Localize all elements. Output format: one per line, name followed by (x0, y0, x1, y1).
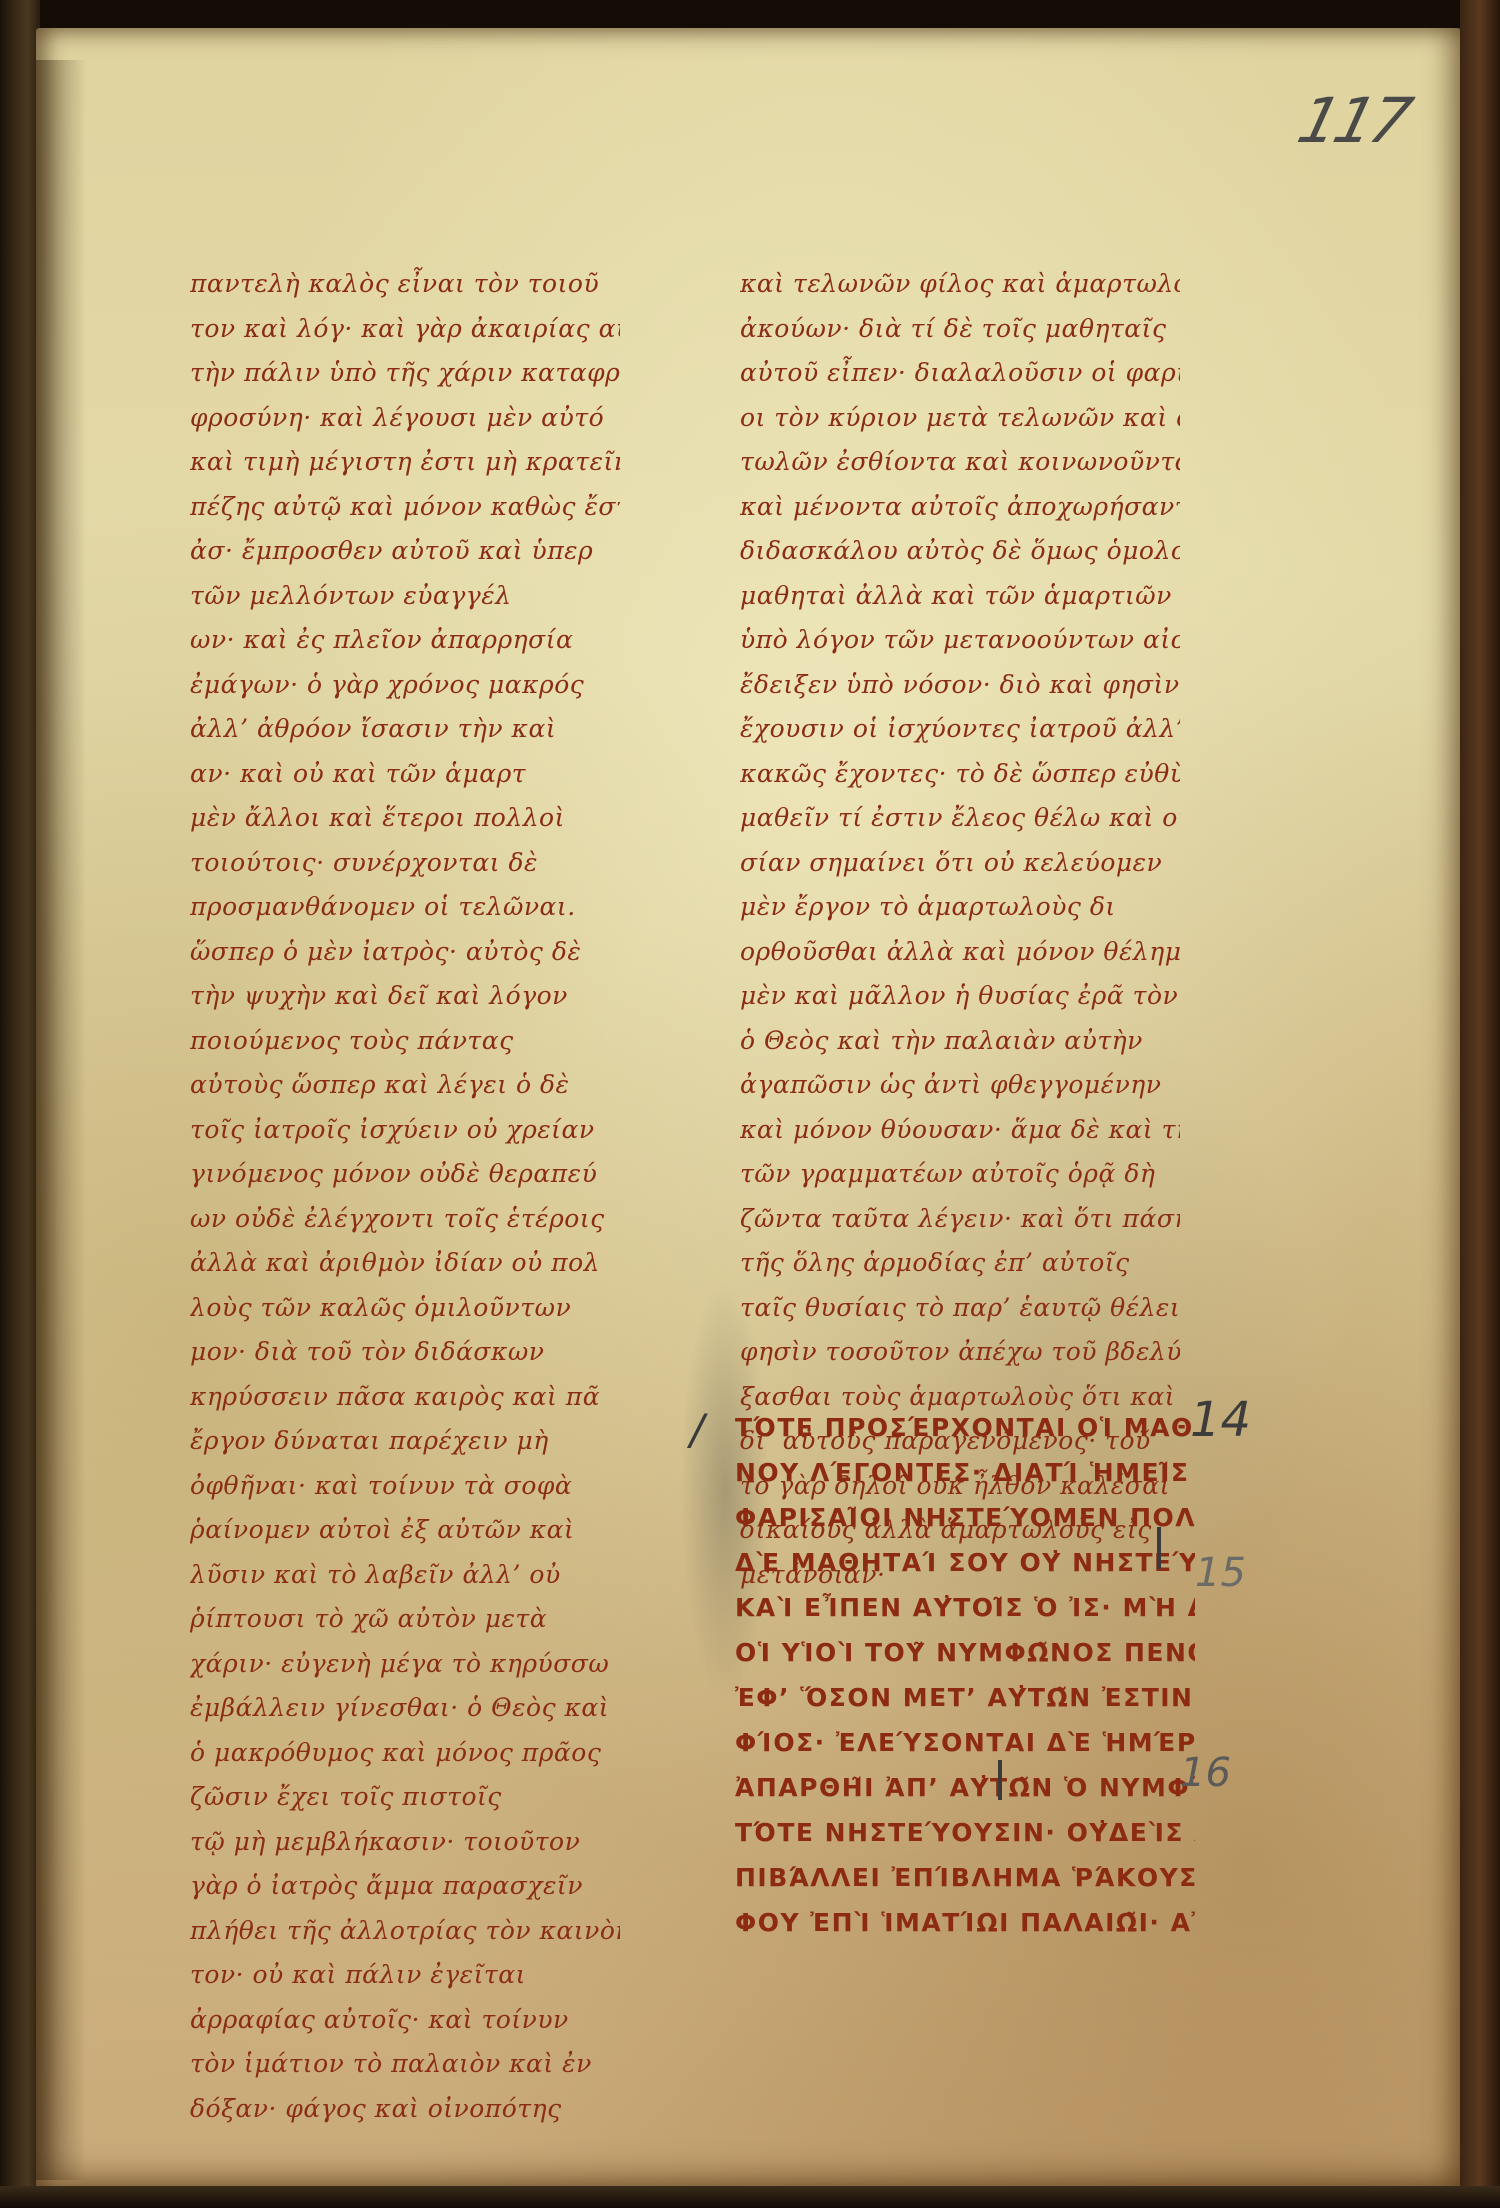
text-line: ὁ Θεὸς καὶ τὴν παλαιὰν αὐτὴν (740, 1019, 1180, 1064)
text-line: καὶ τελωνῶν φίλος καὶ ἁμαρτωλῶν (740, 262, 1180, 307)
text-line: ἀγαπῶσιν ὡς ἀντὶ φθεγγομένην (740, 1063, 1180, 1108)
text-line: ων· καὶ ἐς πλεῖον ἀπαρρησία (190, 618, 620, 663)
text-line: ἔργον δύναται παρέχειν μὴ (190, 1419, 620, 1464)
text-line: γὰρ ὁ ἰατρὸς ἄμμα παρασχεῖν (190, 1864, 620, 1909)
text-line: ῥίπτουσι τὸ χῶ αὐτὸν μετὰ (190, 1597, 620, 1642)
right-text-column: καὶ τελωνῶν φίλος καὶ ἁμαρτωλῶνἀκούων· δ… (740, 262, 1180, 1597)
text-line: λοὺς τῶν καλῶς ὁμιλοῦντων (190, 1286, 620, 1331)
left-binding-edge (0, 0, 40, 2208)
text-line: ῥαίνομεν αὐτοὶ ἐξ αὐτῶν καὶ (190, 1508, 620, 1553)
verse-divider-mark (998, 1760, 1002, 1800)
verse-divider-mark (1157, 1527, 1161, 1569)
text-line: ταῖς θυσίαις τὸ παρ’ ἑαυτῷ θέλει (740, 1286, 1180, 1331)
text-line: μαθηταὶ ἀλλὰ καὶ τῶν ἁμαρτιῶν (740, 574, 1180, 619)
lemma-marker: / (690, 1405, 704, 1454)
text-line: προσμανθάνομεν οἱ τελῶναι. (190, 885, 620, 930)
text-line: ἀλλ’ ἀθρόον ἴσασιν τὴν καὶ (190, 707, 620, 752)
text-line: ὀφθῆναι· καὶ τοίνυν τὰ σοφὰ (190, 1464, 620, 1509)
lemma-line: φου ἐπὶ ἱματίῳ παλαιῷ· αἴρει γὰρ (735, 1900, 1195, 1945)
text-line: λῦσιν καὶ τὸ λαβεῖν ἀλλ’ οὐ (190, 1553, 620, 1598)
text-line: τὴν πάλιν ὑπὸ τῆς χάριν καταφρο (190, 351, 620, 396)
text-line: μὲν ἄλλοι καὶ ἕτεροι πολλοὶ (190, 796, 620, 841)
text-line: πλήθει τῆς ἀλλοτρίας τὸν καινὸν (190, 1909, 620, 1954)
text-line: αὐτοὺς ὥσπερ καὶ λέγει ὁ δὲ (190, 1063, 620, 1108)
text-line: ζῶντα ταῦτα λέγειν· καὶ ὅτι πάσης (740, 1197, 1180, 1242)
text-line: ἐμβάλλειν γίνεσθαι· ὁ Θεὸς καὶ (190, 1686, 620, 1731)
text-line: τὸν ἱμάτιον τὸ παλαιὸν καὶ ἐν (190, 2042, 620, 2087)
text-line: καὶ μένοντα αὐτοῖς ἀποχωρήσαντ (740, 485, 1180, 530)
bottom-edge (0, 2186, 1500, 2208)
text-line: χάριν· εὐγενὴ μέγα τὸ κηρύσσω (190, 1642, 620, 1687)
text-line: κηρύσσειν πᾶσα καιρὸς καὶ πᾶ (190, 1375, 620, 1420)
text-line: γινόμενος μόνον οὐδὲ θεραπεύ (190, 1152, 620, 1197)
text-line: ἐμάγων· ὁ γὰρ χρόνος μακρός (190, 663, 620, 708)
text-line: ἀσ· ἔμπροσθεν αὐτοῦ καὶ ὑπερ (190, 529, 620, 574)
text-line: τῆς ὅλης ἁρμοδίας ἐπ’ αὐτοῖς (740, 1241, 1180, 1286)
text-line: τον· οὐ καὶ πάλιν ἐγεῖται (190, 1953, 620, 1998)
text-line: φησὶν τοσοῦτον ἀπέχω τοῦ βδελύ (740, 1330, 1180, 1375)
text-line: ζῶσιν ἔχει τοῖς πιστοῖς (190, 1775, 620, 1820)
text-line: αν· καὶ οὐ καὶ τῶν ἁμαρτ (190, 752, 620, 797)
text-line: ἀρραφίας αὐτοῖς· καὶ τοίνυν (190, 1998, 620, 2043)
text-line: καὶ μόνον θύουσαν· ἅμα δὲ καὶ τὴν (740, 1108, 1180, 1153)
lemma-line: ἀπαρθῇ ἀπ’ αὐτῶν ὁ νυμφίος· καὶ (735, 1765, 1195, 1810)
right-binding-edge (1460, 0, 1500, 2208)
text-line: καὶ τιμὴ μέγιστη ἐστι μὴ κρατεῖν τρα (190, 440, 620, 485)
text-line: πέζης αὐτῷ καὶ μόνον καθὼς ἔστι (190, 485, 620, 530)
text-line: τὴν ψυχὴν καὶ δεῖ καὶ λόγον (190, 974, 620, 1019)
lemma-line: τότε νηστεύουσιν· οὐδεὶς δὲ ἐ (735, 1810, 1195, 1855)
text-line: αὐτοῦ εἶπεν· διαλαλοῦσιν οἱ φαρισαῖ (740, 351, 1180, 396)
text-line: μον· διὰ τοῦ τὸν διδάσκων (190, 1330, 620, 1375)
lemma-line: οἱ υἱοὶ τοῦ νυμφῶνος πενθεῖν (735, 1630, 1195, 1675)
text-line: ποιούμενος τοὺς πάντας (190, 1019, 620, 1064)
text-line: ὁ μακρόθυμος καὶ μόνος πρᾶος (190, 1731, 620, 1776)
lemma-line: δὲ μαθηταί σου οὐ νηστεύουσιν (735, 1540, 1195, 1585)
text-line: τοῖς ἰατροῖς ἰσχύειν οὐ χρείαν (190, 1108, 620, 1153)
left-text-column: παντελὴ καλὸς εἶναι τὸν τοιοῦτον καὶ λόγ… (190, 262, 620, 2131)
text-line: δόξαν· φάγος καὶ οἰνοπότης (190, 2087, 620, 2132)
text-line: φροσύνη· καὶ λέγουσι μὲν αὐτό (190, 396, 620, 441)
text-line: ὥσπερ ὁ μὲν ἰατρὸς· αὐτὸς δὲ (190, 930, 620, 975)
verse-number-16: 16 (1180, 1750, 1231, 1796)
text-line: μὲν ἔργον τὸ ἁμαρτωλοὺς δι (740, 885, 1180, 930)
lemma-line: τότε προσέρχονται οἱ μαθηταὶ ἰωαν (735, 1405, 1195, 1450)
text-line: διδασκάλου αὐτὸς δὲ ὅμως ὁμολογεῖ (740, 529, 1180, 574)
text-line: τον καὶ λόγ· καὶ γὰρ ἀκαιρίας αὐ (190, 307, 620, 352)
text-line: κακῶς ἔχοντες· τὸ δὲ ὥσπερ εὐθὺ (740, 752, 1180, 797)
text-line: σίαν σημαίνει ὅτι οὐ κελεύομεν (740, 841, 1180, 886)
text-line: μαθεῖν τί ἐστιν ἔλεος θέλω καὶ οὐ θυ (740, 796, 1180, 841)
text-line: μὲν καὶ μᾶλλον ἡ θυσίας ἐρᾶ τὸν (740, 974, 1180, 1019)
text-line: τῶν μελλόντων εὐαγγέλ (190, 574, 620, 619)
lemma-line: πιβάλλει ἐπίβλημα ῥάκους ἀγνά (735, 1855, 1195, 1900)
gutter-shadow (36, 60, 86, 2180)
verse-number-15: 15 (1195, 1550, 1246, 1596)
text-line: τωλῶν ἐσθίοντα καὶ κοινωνοῦντα (740, 440, 1180, 485)
text-line: ἀλλὰ καὶ ἀριθμὸν ἰδίαν οὐ πολ (190, 1241, 620, 1286)
text-line: ἔδειξεν ὑπὸ νόσον· διὸ καὶ φησὶν οὐ χρεί… (740, 663, 1180, 708)
text-line: παντελὴ καλὸς εἶναι τὸν τοιοῦ (190, 262, 620, 307)
verse-number-14: 14 (1190, 1392, 1251, 1448)
text-line: τῷ μὴ μεμβλήκασιν· τοιοῦτον (190, 1820, 620, 1865)
text-line: ων οὐδὲ ἐλέγχοντι τοῖς ἑτέροις (190, 1197, 620, 1242)
lemma-line: νου λέγοντες· διατί ἡμεῖς καὶ οἱ (735, 1450, 1195, 1495)
lemma-line: φίος· ἐλεύσονται δὲ ἡμέραι ὅταν (735, 1720, 1195, 1765)
text-line: ἔχουσιν οἱ ἰσχύοντες ἰατροῦ ἀλλ’ οἱ (740, 707, 1180, 752)
text-line: τῶν γραμματέων αὐτοῖς ὁρᾷ δὴ (740, 1152, 1180, 1197)
text-line: ορθοῦσθαι ἀλλὰ καὶ μόνον θέλημα (740, 930, 1180, 975)
text-line: οι τὸν κύριον μετὰ τελωνῶν καὶ ἁμαρ (740, 396, 1180, 441)
lemma-uncial-block: τότε προσέρχονται οἱ μαθηταὶ ἰωαννου λέγ… (735, 1405, 1195, 1945)
lemma-line: φαρισαῖοι νηστεύομεν πολλά· οἱ (735, 1495, 1195, 1540)
lemma-line: καὶ εἶπεν αὐτοῖς ὁ ἰς· μὴ δύνανται (735, 1585, 1195, 1630)
lemma-line: ἐφ’ ὅσον μετ’ αὐτῶν ἐστιν ὁ νυμ (735, 1675, 1195, 1720)
text-line: ἀκούων· διὰ τί δὲ τοῖς μαθηταῖς (740, 307, 1180, 352)
text-line: ὑπὸ λόγον τῶν μετανοούντων αἰσθ (740, 618, 1180, 663)
folio-number: 117 (1291, 84, 1416, 157)
text-line: τοιούτοις· συνέρχονται δὲ (190, 841, 620, 886)
